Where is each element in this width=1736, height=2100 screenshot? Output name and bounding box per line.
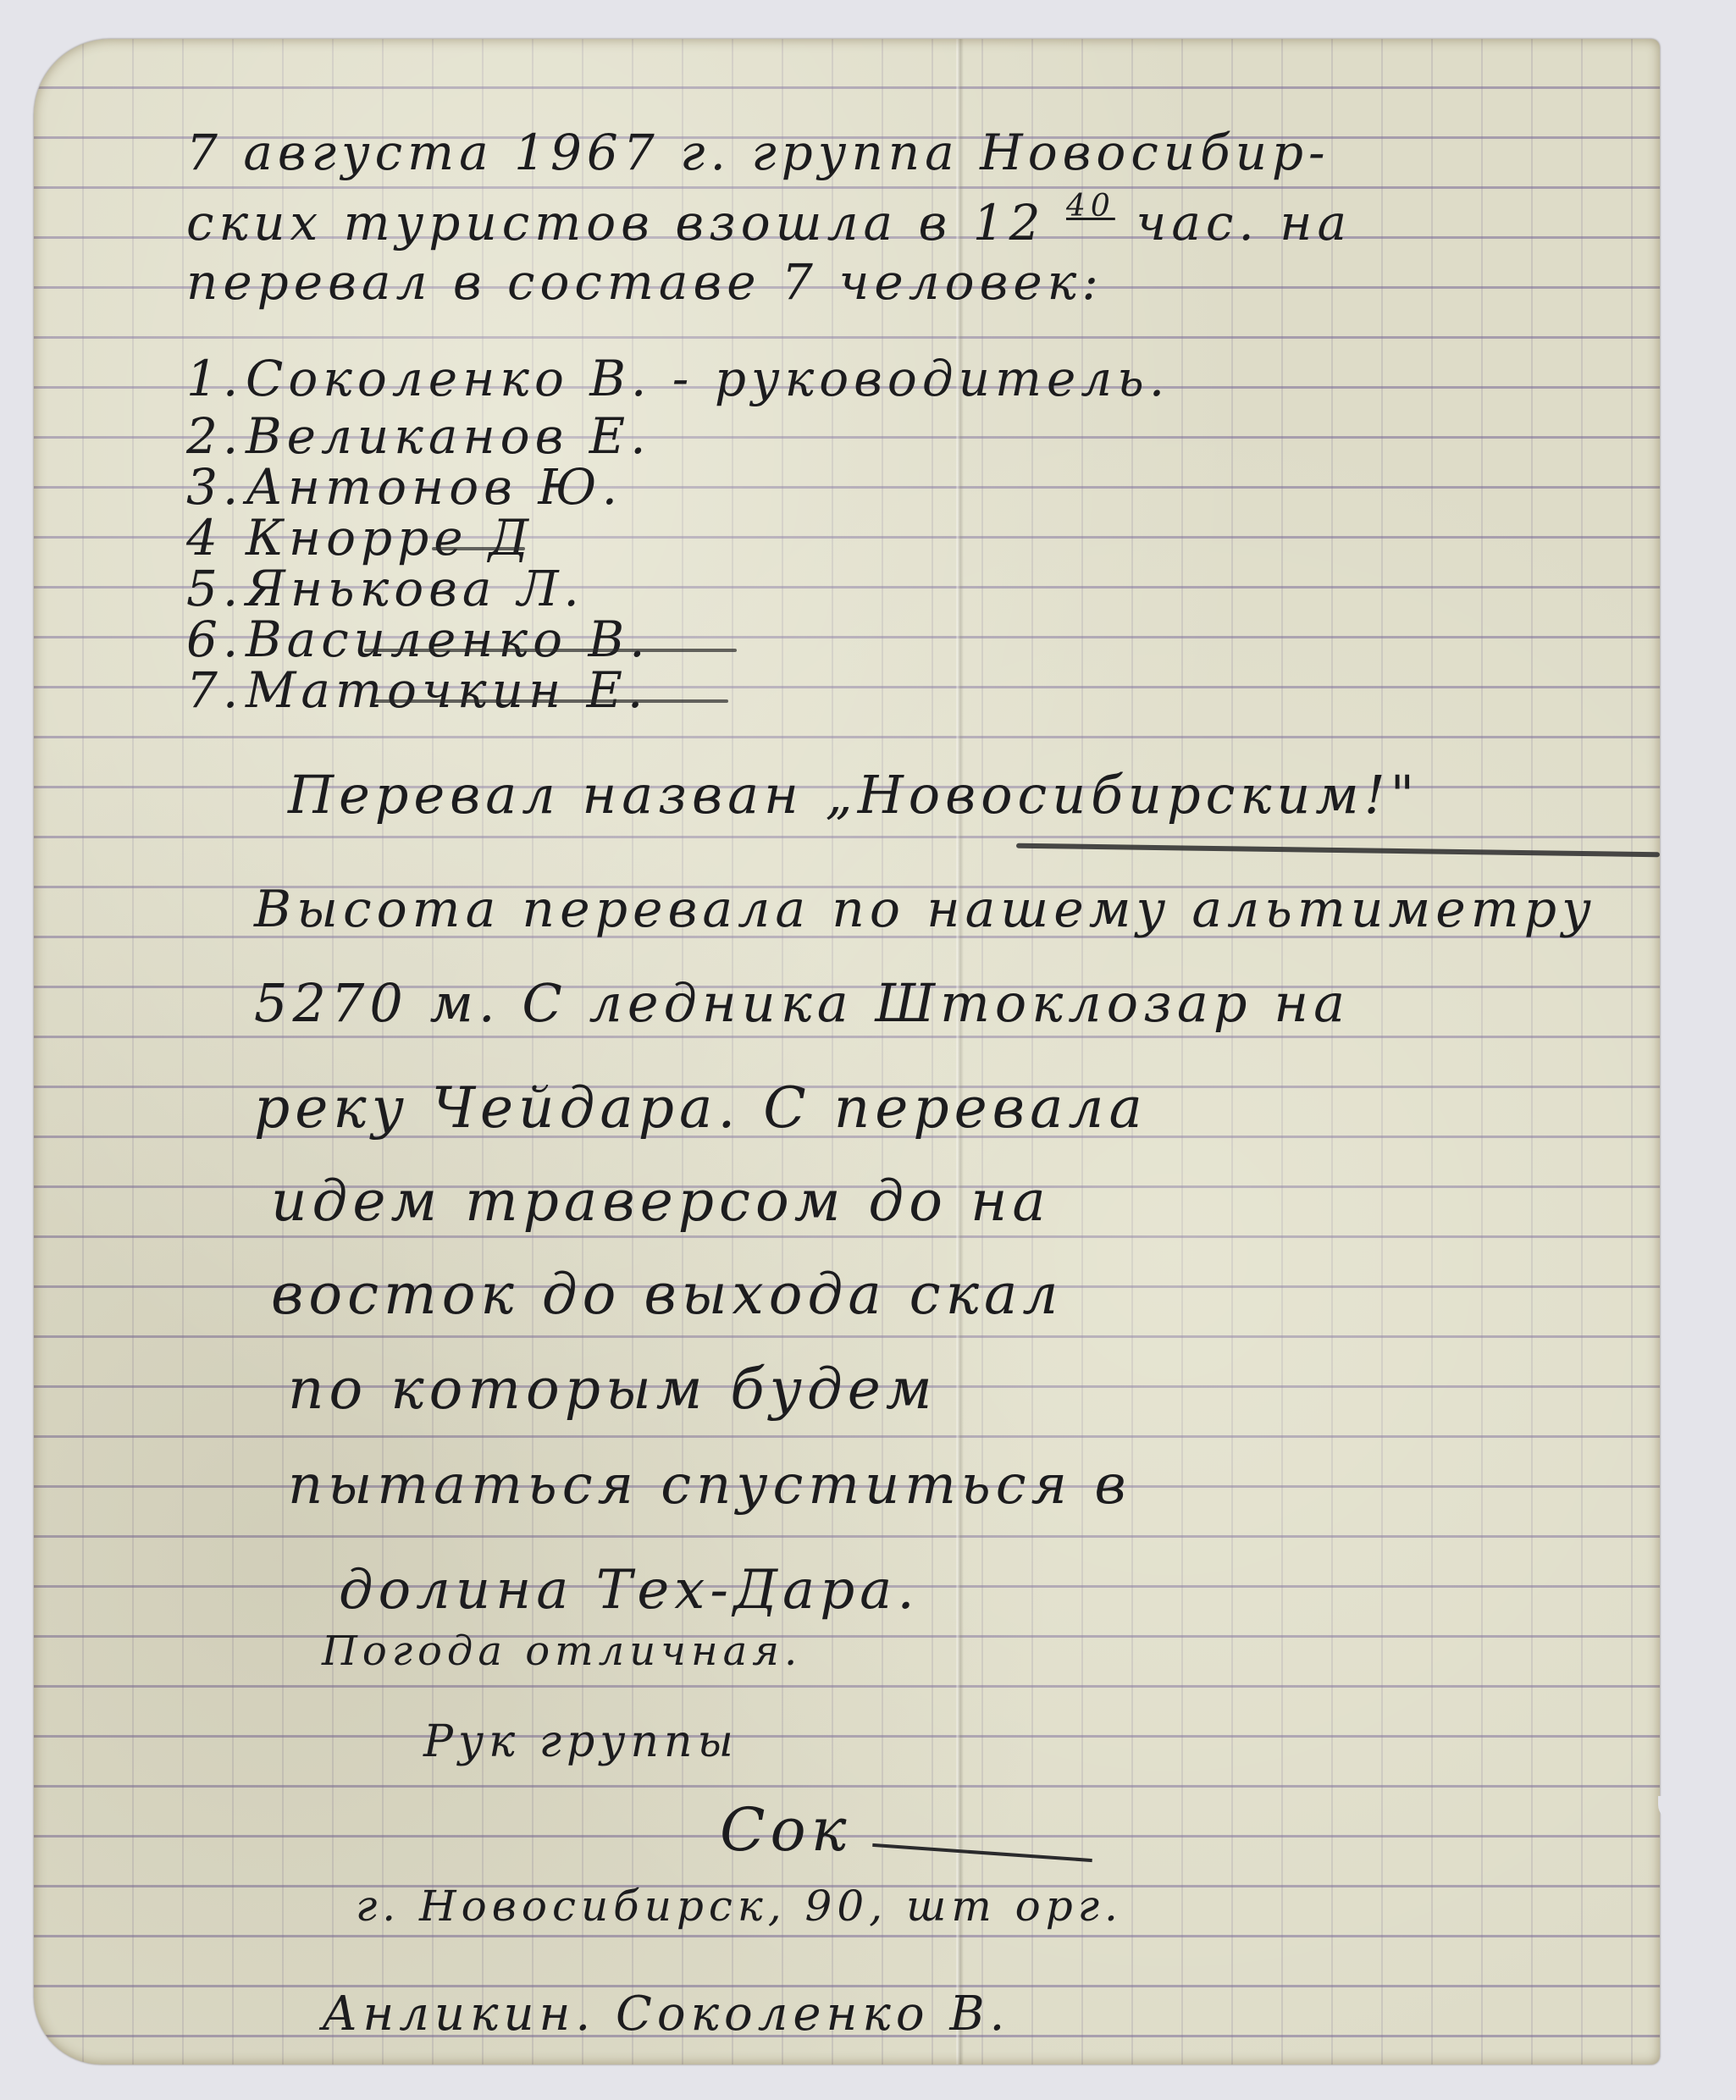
header-line-2-tail: час. на	[1136, 194, 1352, 251]
member-name: Кнорре Д	[246, 509, 534, 566]
header-line-3: перевал в составе 7 человек:	[186, 257, 1103, 307]
member-item: 7.Маточкин Е.	[186, 666, 648, 715]
body-line-9: долина Тех-Дара.	[339, 1563, 920, 1617]
member-num: 5.	[186, 564, 246, 613]
signature-flourish	[872, 1843, 1092, 1862]
signature-mark: Сок	[720, 1800, 852, 1860]
signature-title: Рук группы	[423, 1720, 738, 1764]
header-line-1: 7 августа 1967 г. группа Новосибир-	[186, 128, 1330, 177]
body-line-10: Погода отличная.	[322, 1631, 802, 1672]
strike-through-stroke	[432, 547, 525, 550]
member-num: 7.	[186, 666, 246, 715]
strike-through-stroke	[373, 699, 728, 703]
body-line-2: Высота перевала по нашему альтиметру	[254, 884, 1596, 935]
member-num: 6.	[186, 615, 246, 664]
body-line-6: восток до выхода скал	[271, 1267, 1063, 1323]
header-line-2-text: ских туристов взошла в 12	[186, 194, 1046, 251]
torn-edge	[1658, 1796, 1709, 1821]
member-name: Василенко В.	[246, 611, 650, 668]
member-name: Великанов Е.	[246, 407, 651, 465]
body-line-7: по которым будем	[288, 1362, 937, 1417]
full-name-line: Анликин. Соколенко В.	[322, 1991, 1009, 2038]
member-name: Маточкин Е.	[246, 661, 648, 719]
member-item: 1.Соколенко В. - руководитель.	[186, 354, 1169, 403]
member-item: 2.Великанов Е.	[186, 412, 651, 461]
header-line-2: ских туристов взошла в 12 40 час. на	[186, 191, 1352, 247]
member-num: 4	[186, 513, 246, 562]
member-name: Янькова Л.	[246, 560, 584, 617]
member-item: 3.Антонов Ю.	[186, 462, 622, 511]
notebook-paper: 7 августа 1967 г. группа Новосибир- ских…	[34, 39, 1660, 2064]
body-line-4: реку Чейдара. С перевала	[254, 1080, 1147, 1136]
underline-stroke	[1016, 843, 1660, 858]
member-name: Соколенко В. - руководитель.	[246, 350, 1169, 407]
body-line-3: 5270 м. С ледника Штоклозар на	[254, 977, 1350, 1030]
member-item: 5.Янькова Л.	[186, 564, 584, 613]
member-num: 3.	[186, 462, 246, 511]
body-line-5: идем траверсом до на	[271, 1174, 1051, 1230]
member-num: 2.	[186, 412, 246, 461]
strike-through-stroke	[364, 649, 737, 652]
member-num: 1.	[186, 354, 246, 403]
body-line-8: пытаться спуститься в	[288, 1458, 1131, 1512]
member-name: Антонов Ю.	[246, 458, 622, 516]
member-item: 6.Василенко В.	[186, 615, 650, 664]
body-line-1: Перевал назван „Новосибирским!"	[288, 769, 1419, 821]
address-line: г. Новосибирск, 90, шт орг.	[356, 1885, 1123, 1927]
header-time-minutes: 40	[1066, 189, 1115, 224]
member-item: 4Кнорре Д	[186, 513, 534, 562]
